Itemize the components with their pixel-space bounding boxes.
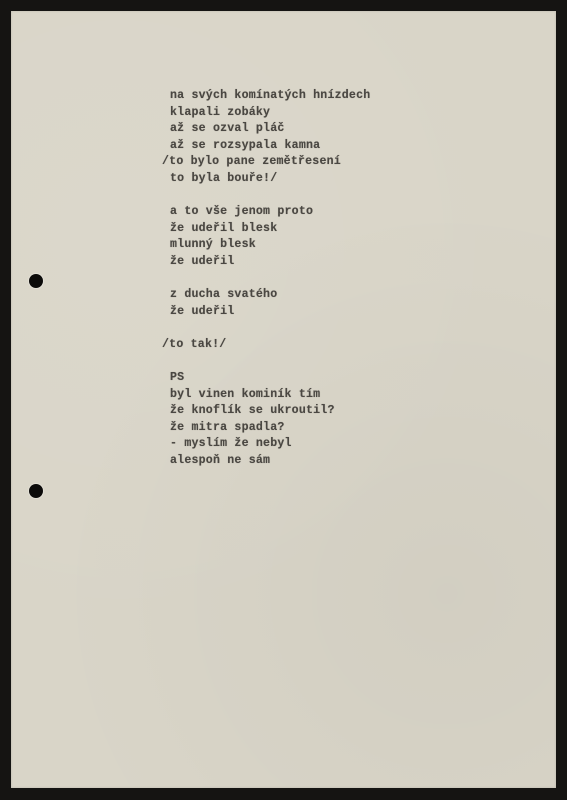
poem-line: že udeřil	[162, 304, 370, 321]
poem-line: že knoflík se ukroutil?	[162, 403, 370, 420]
postscript-heading: PS	[162, 370, 370, 387]
poem-line: klapali zobáky	[162, 105, 370, 122]
poem-line: byl vinen kominík tím	[162, 387, 370, 404]
poem-line: a to vše jenom proto	[162, 204, 370, 221]
poem-line: alespoň ne sám	[162, 453, 370, 470]
poem-line: na svých komínatých hnízdech	[162, 88, 370, 105]
document-page: na svých komínatých hnízdech klapali zob…	[11, 11, 556, 788]
poem-line: že udeřil	[162, 254, 370, 271]
poem-line: - myslím že nebyl	[162, 436, 370, 453]
blank-line	[162, 188, 370, 205]
blank-line	[162, 271, 370, 288]
poem-line: mlunný blesk	[162, 237, 370, 254]
poem-line: /to tak!/	[162, 337, 370, 354]
punch-hole	[29, 274, 43, 288]
poem-line: že mitra spadla?	[162, 420, 370, 437]
blank-line	[162, 320, 370, 337]
blank-line	[162, 354, 370, 371]
poem-line: /to bylo pane zemětřesení	[162, 154, 370, 171]
poem-line: že udeřil blesk	[162, 221, 370, 238]
punch-hole	[29, 484, 43, 498]
poem-line: až se ozval pláč	[162, 121, 370, 138]
poem-line: z ducha svatého	[162, 287, 370, 304]
poem-line: to byla bouře!/	[162, 171, 370, 188]
poem-line: až se rozsypala kamna	[162, 138, 370, 155]
poem-text: na svých komínatých hnízdech klapali zob…	[162, 88, 370, 470]
